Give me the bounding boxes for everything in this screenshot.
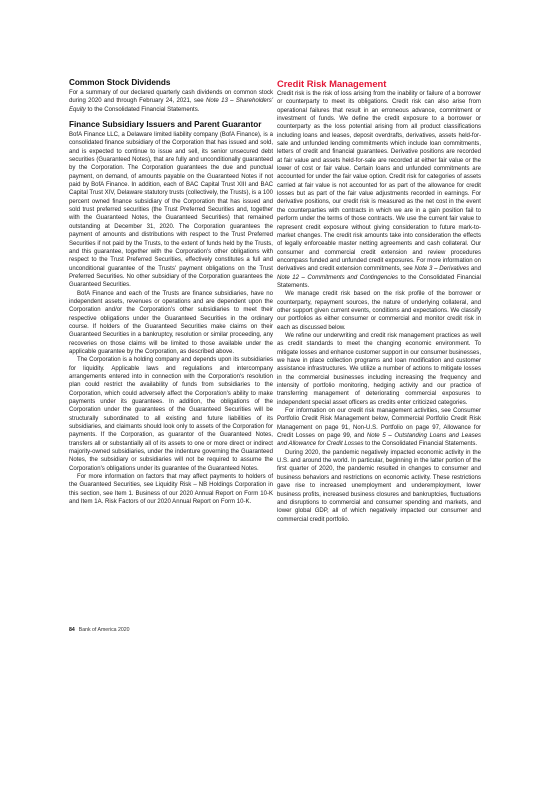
publication-name: Bank of America 2020 [79,627,130,633]
finance-subsidiary-paragraph-1: BofA Finance LLC, a Delaware limited lia… [69,131,273,290]
credit-risk-paragraph-5: During 2020, the pandemic negatively imp… [277,449,481,524]
credit-risk-activities-end: to the Consolidated Financial Statements… [364,441,478,447]
credit-risk-paragraph-2: We manage credit risk based on the risk … [277,290,481,332]
note-12-reference: Note 12 – Commitments and Contingencies [277,275,398,281]
page-number: 84 [69,627,75,633]
finance-subsidiary-paragraph-3: The Corporation is a holding company and… [69,356,273,473]
credit-risk-text: Credit risk is the risk of loss arising … [277,91,481,272]
dividends-paragraph: For a summary of our declared quarterly … [69,89,273,114]
finance-subsidiary-paragraph-4: For more information on factors that may… [69,473,273,506]
credit-risk-management-heading: Credit Risk Management [277,78,481,89]
credit-risk-paragraph-3: We refine our underwriting and credit ri… [277,332,481,407]
finance-subsidiary-paragraph-2: BofA Finance and each of the Trusts are … [69,290,273,357]
conjunction: and [469,266,481,272]
dividends-text-end: to the Consolidated Financial Statements… [86,107,200,113]
left-column: Common Stock Dividends For a summary of … [69,78,273,507]
common-stock-dividends-heading: Common Stock Dividends [69,78,273,88]
credit-risk-paragraph-1: Credit risk is the risk of loss arising … [277,90,481,290]
right-column: Credit Risk Management Credit risk is th… [277,78,481,524]
credit-risk-paragraph-4: For information on our credit risk manag… [277,407,481,449]
finance-subsidiary-heading: Finance Subsidiary Issuers and Parent Gu… [69,120,273,130]
note-3-reference: Note 3 – Derivatives [415,266,470,272]
page-footer: 84Bank of America 2020 [69,627,130,633]
